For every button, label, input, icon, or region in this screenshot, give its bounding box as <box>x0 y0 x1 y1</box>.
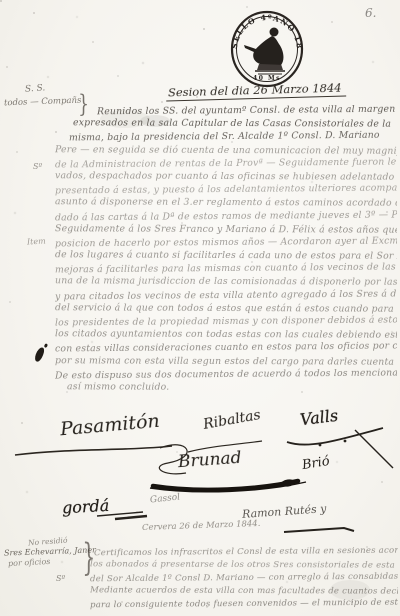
second-entry-margin-note-3: por oficios <box>8 557 51 568</box>
signature-7: Gassol <box>150 492 181 505</box>
signature-6-flourish <box>95 508 165 522</box>
ink-blot <box>34 346 46 362</box>
signature-2: Ribaltas <box>202 407 262 433</box>
second-entry-text-block: Certificamos los infrascritos el Consl d… <box>90 546 398 611</box>
seal-denomination: 40 Ms <box>253 75 281 82</box>
margin-note-2: Item <box>27 237 46 247</box>
paper-speckles <box>0 0 2 2</box>
second-entry-margin-note-4: Sº <box>56 574 65 583</box>
margin-initials: S. S. <box>25 83 46 94</box>
second-entry-line: para lo consiguiente todos fuesen conven… <box>90 597 398 613</box>
fiscal-seal: SELLO 4º AÑO 1844 40 Ms <box>229 8 305 90</box>
seal-seated-figure-illustration <box>244 28 285 75</box>
session-title: Sesion del dia 26 Marzo 1844 <box>166 80 346 101</box>
page-number: 6. <box>365 6 376 20</box>
signature-4: Brunad <box>177 448 242 472</box>
signature-8: Ramon Rutés y <box>242 502 327 521</box>
margin-note-1: Sº <box>33 162 42 171</box>
signature-8-flourish <box>282 524 362 538</box>
minutes-line: así mismo concluido. <box>67 380 397 395</box>
minutes-text-block: Reunidos los SS. del ayuntamº Consl. de … <box>55 104 397 394</box>
scanned-manuscript-page: 6. SELLO 4º AÑO 1844 40 Ms Sesion del di… <box>0 0 400 616</box>
